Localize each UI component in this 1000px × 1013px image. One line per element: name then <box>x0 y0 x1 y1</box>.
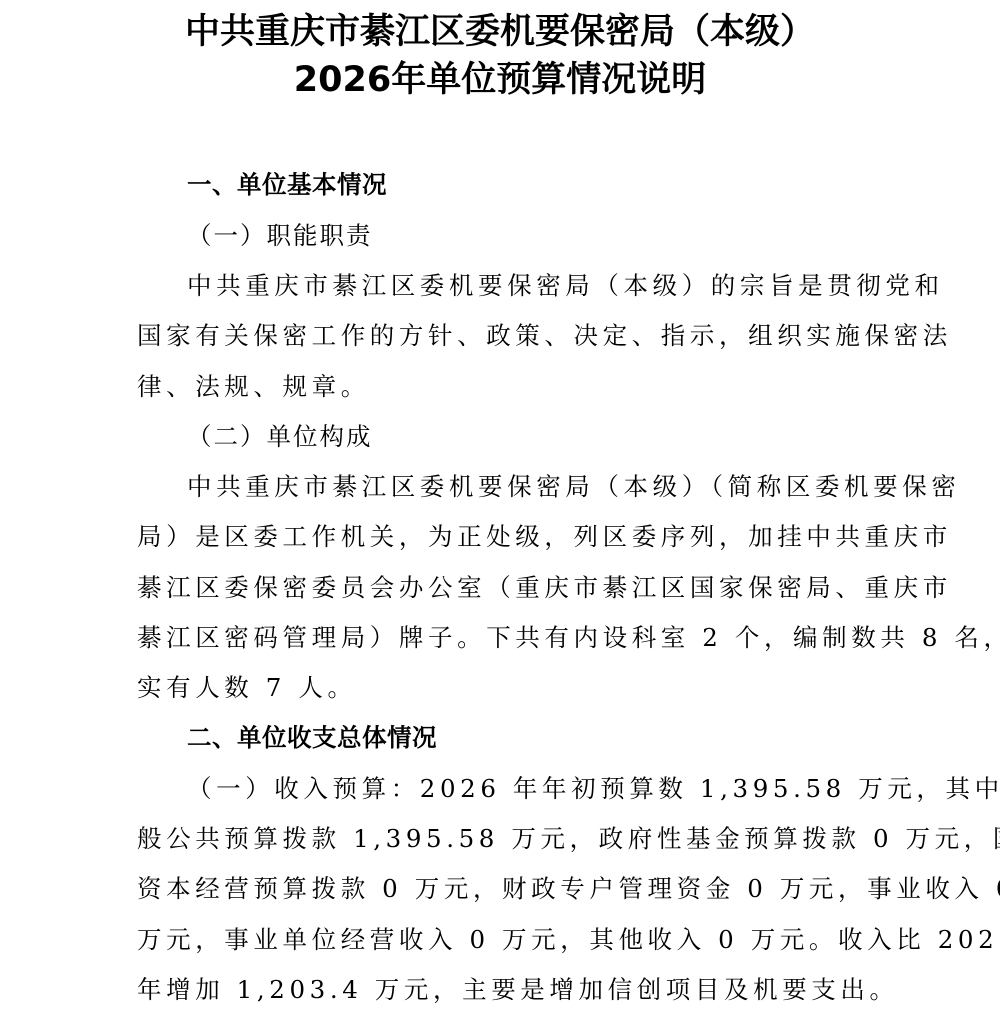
paragraph-line: 实有人数 7 人。 <box>137 673 877 703</box>
paragraph-line: 局）是区委工作机关，为正处级，列区委序列，加挂中共重庆市 <box>137 522 877 552</box>
section-heading-revenue-expenditure: 二、单位收支总体情况 <box>187 723 877 753</box>
paragraph-line: 綦江区密码管理局）牌子。下共有内设科室 2 个，编制数共 8 名， <box>137 623 877 653</box>
paragraph-line: 中共重庆市綦江区委机要保密局（本级）的宗旨是贯彻党和 <box>187 271 877 301</box>
paragraph-line: 年增加 1,203.4 万元，主要是增加信创项目及机要支出。 <box>137 975 877 1005</box>
paragraph-line: 律、法规、规章。 <box>137 372 877 402</box>
subsection-heading-functions: （一）职能职责 <box>187 221 877 251</box>
subsection-heading-composition: （二）单位构成 <box>187 422 877 452</box>
section-heading-basic-info: 一、单位基本情况 <box>187 170 877 200</box>
document-title-line1: 中共重庆市綦江区委机要保密局（本级） <box>0 12 1000 52</box>
document-title-line2: 2026年单位预算情况说明 <box>0 60 1000 100</box>
paragraph-line: 国家有关保密工作的方针、政策、决定、指示，组织实施保密法 <box>137 321 877 351</box>
paragraph-line: 般公共预算拨款 1,395.58 万元，政府性基金预算拨款 0 万元，国有 <box>137 824 877 854</box>
paragraph-line: 资本经营预算拨款 0 万元，财政专户管理资金 0 万元，事业收入 0 <box>137 874 877 904</box>
paragraph-line: （一）收入预算：2026 年年初预算数 1,395.58 万元，其中：一 <box>187 774 877 804</box>
paragraph-line: 万元，事业单位经营收入 0 万元，其他收入 0 万元。收入比 2025 <box>137 925 877 955</box>
paragraph-line: 綦江区委保密委员会办公室（重庆市綦江区国家保密局、重庆市 <box>137 573 877 603</box>
paragraph-line: 中共重庆市綦江区委机要保密局（本级）（简称区委机要保密 <box>187 472 877 502</box>
